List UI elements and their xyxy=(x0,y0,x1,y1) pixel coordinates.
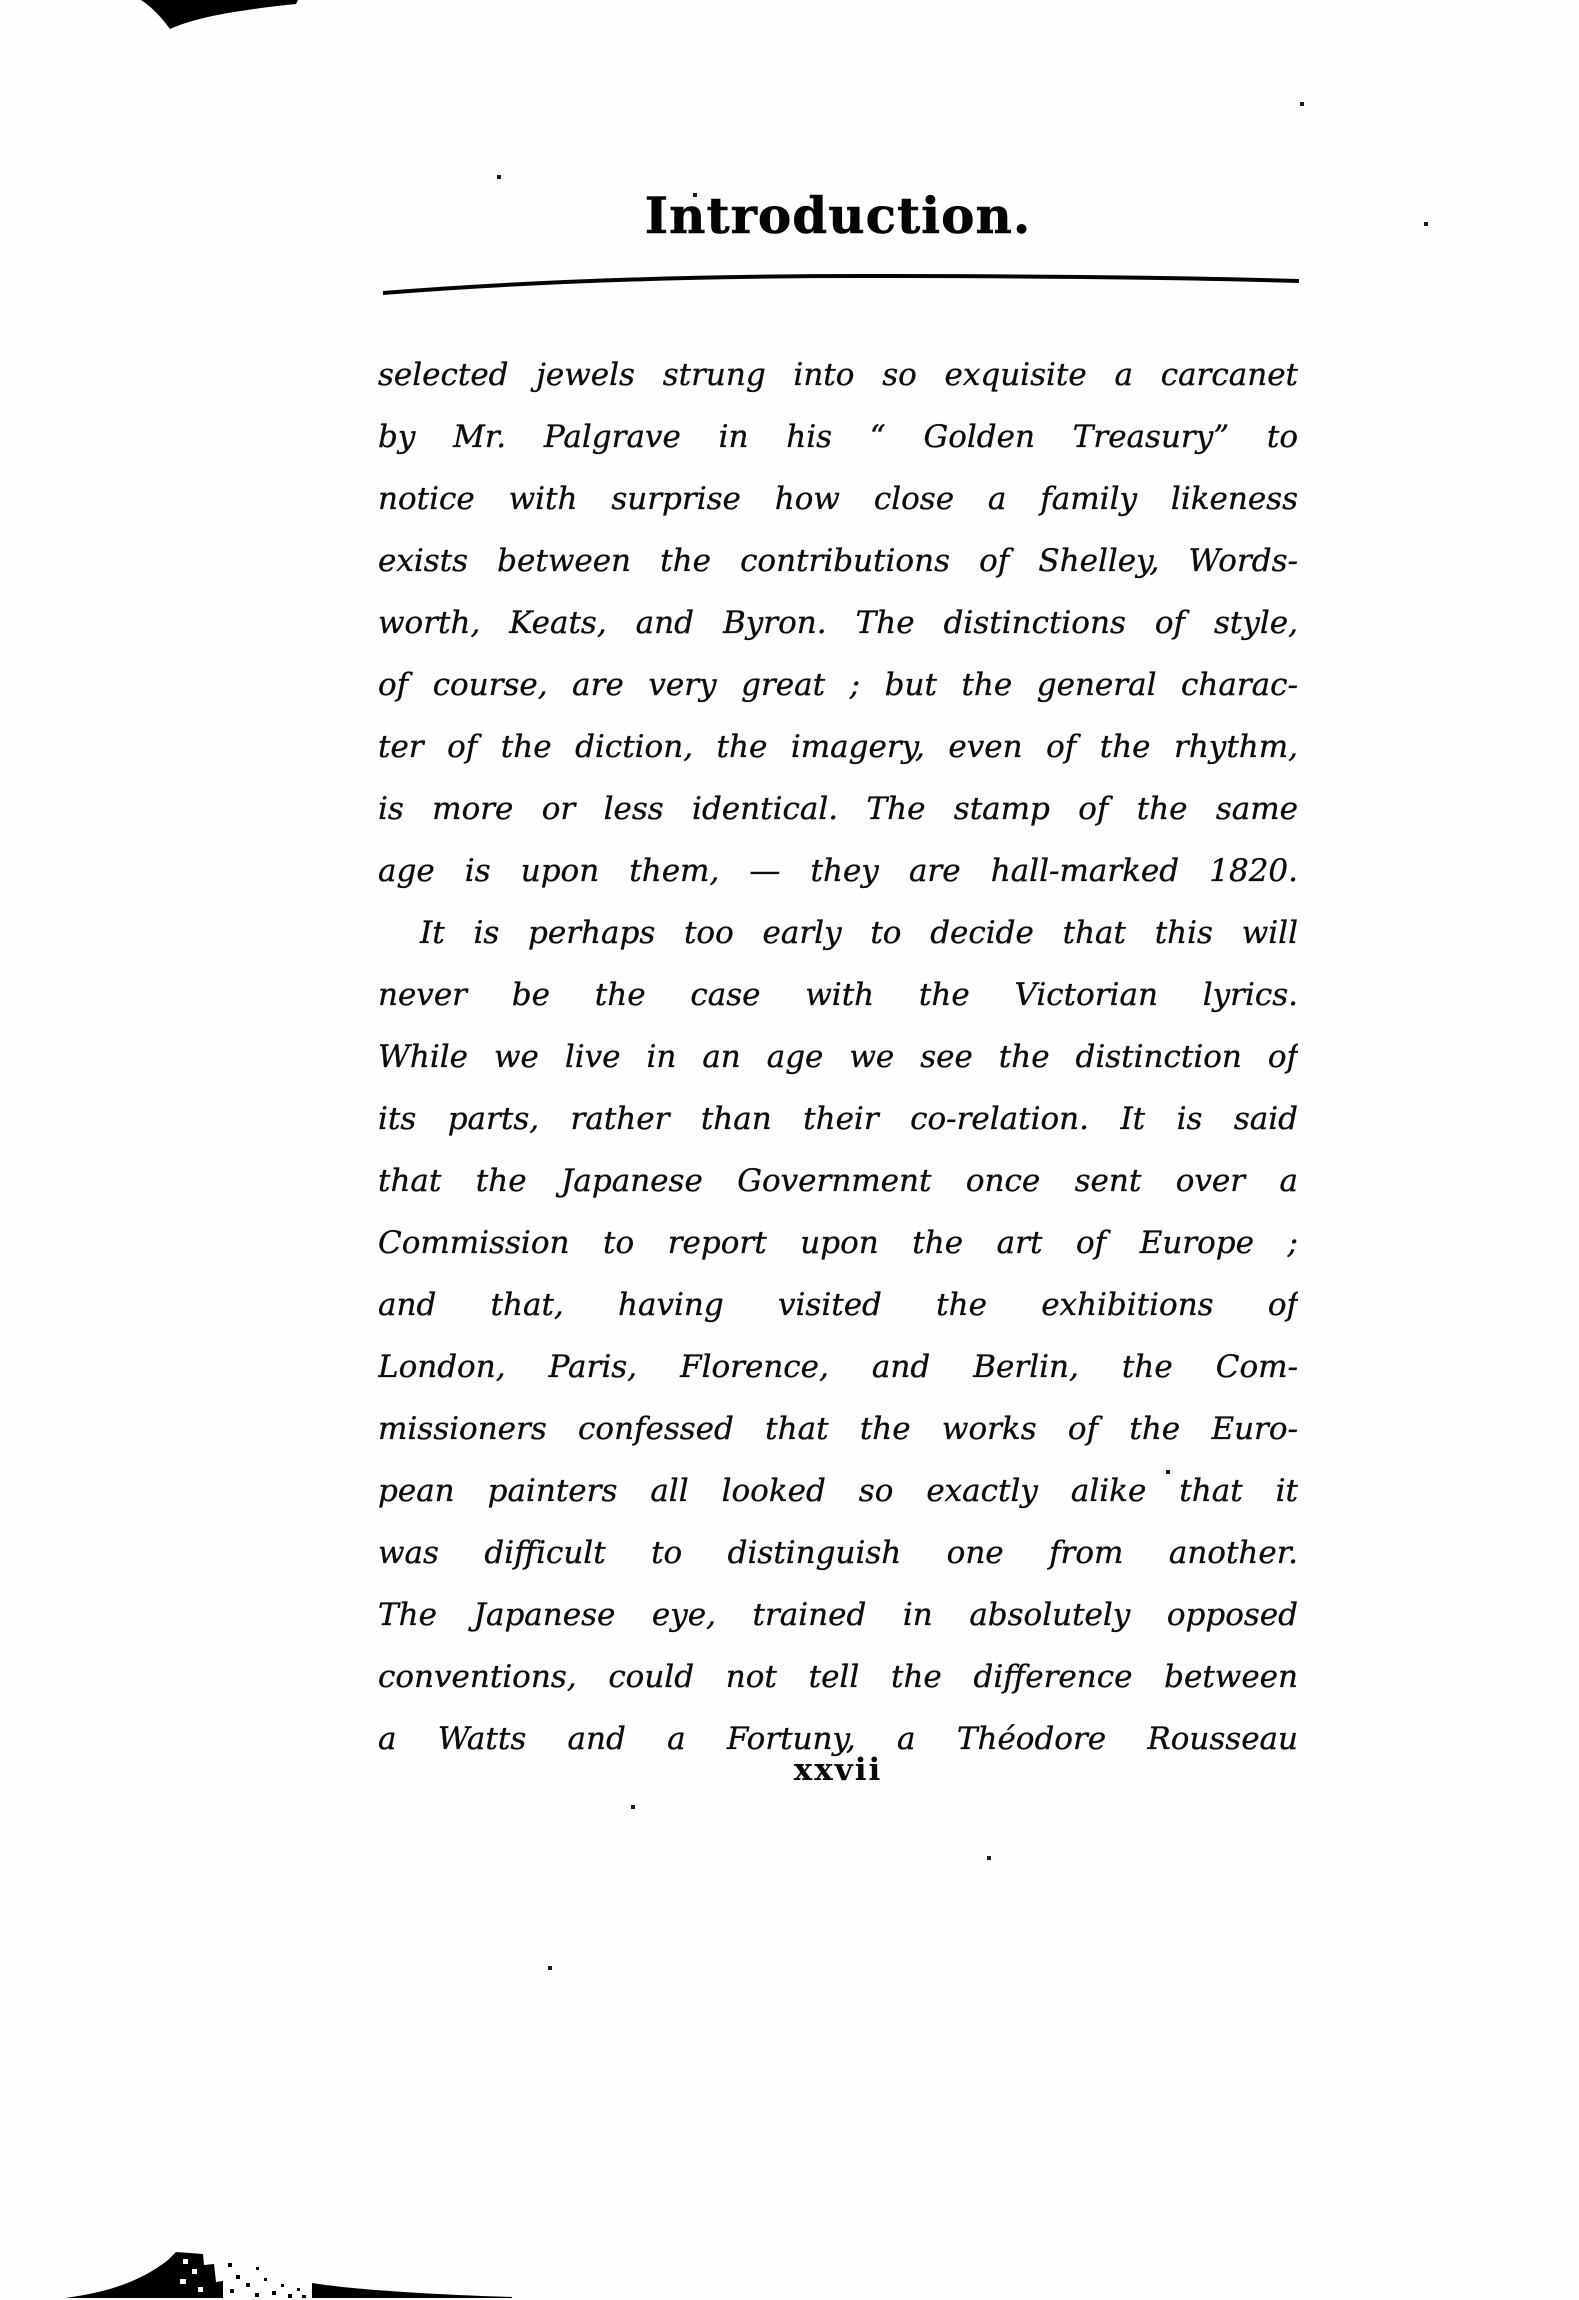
text-line: missioners confessed that the works of t… xyxy=(378,1398,1298,1460)
text-line: London, Paris, Florence, and Berlin, the… xyxy=(378,1336,1298,1398)
page-number: xxvii xyxy=(378,1752,1298,1788)
text-line: exists between the contributions of Shel… xyxy=(378,530,1298,592)
text-line: of course, are very great ; but the gene… xyxy=(378,654,1298,716)
text-line: and that, having visited the exhibitions… xyxy=(378,1274,1298,1336)
scan-artifact-bottom xyxy=(50,2245,520,2300)
text-line: It is perhaps too early to decide that t… xyxy=(378,902,1298,964)
scan-artifact-top xyxy=(0,0,320,40)
ink-speck xyxy=(497,175,501,179)
ink-speck xyxy=(631,1805,635,1809)
ink-speck xyxy=(693,193,697,197)
text-line: notice with surprise how close a family … xyxy=(378,468,1298,530)
text-line: conventions, could not tell the differen… xyxy=(378,1646,1298,1708)
text-line: by Mr. Palgrave in his “ Golden Treasury… xyxy=(378,406,1298,468)
text-line: selected jewels strung into so exquisite… xyxy=(378,344,1298,406)
text-line: its parts, rather than their co-relation… xyxy=(378,1088,1298,1150)
text-line: age is upon them, — they are hall-marked… xyxy=(378,840,1298,902)
text-line: The Japanese eye, trained in absolutely … xyxy=(378,1584,1298,1646)
ink-speck xyxy=(1424,222,1428,226)
text-line: that the Japanese Government once sent o… xyxy=(378,1150,1298,1212)
title-divider-rule xyxy=(373,270,1309,300)
ink-speck xyxy=(987,1856,991,1860)
text-line: never be the case with the Victorian lyr… xyxy=(378,964,1298,1026)
text-line: pean painters all looked so exactly alik… xyxy=(378,1460,1298,1522)
ink-speck xyxy=(548,1966,552,1970)
body-text: selected jewels strung into so exquisite… xyxy=(378,344,1298,1770)
text-line: ter of the diction, the imagery, even of… xyxy=(378,716,1298,778)
text-line: was difficult to distinguish one from an… xyxy=(378,1522,1298,1584)
page-title: Introduction. xyxy=(378,186,1298,245)
scanned-book-page: Introduction. selected jewels strung int… xyxy=(0,0,1579,2300)
text-line: While we live in an age we see the disti… xyxy=(378,1026,1298,1088)
ink-speck xyxy=(1300,102,1304,106)
ink-speck xyxy=(1166,1470,1170,1474)
text-line: is more or less identical. The stamp of … xyxy=(378,778,1298,840)
text-line: worth, Keats, and Byron. The distinction… xyxy=(378,592,1298,654)
text-line: Commission to report upon the art of Eur… xyxy=(378,1212,1298,1274)
